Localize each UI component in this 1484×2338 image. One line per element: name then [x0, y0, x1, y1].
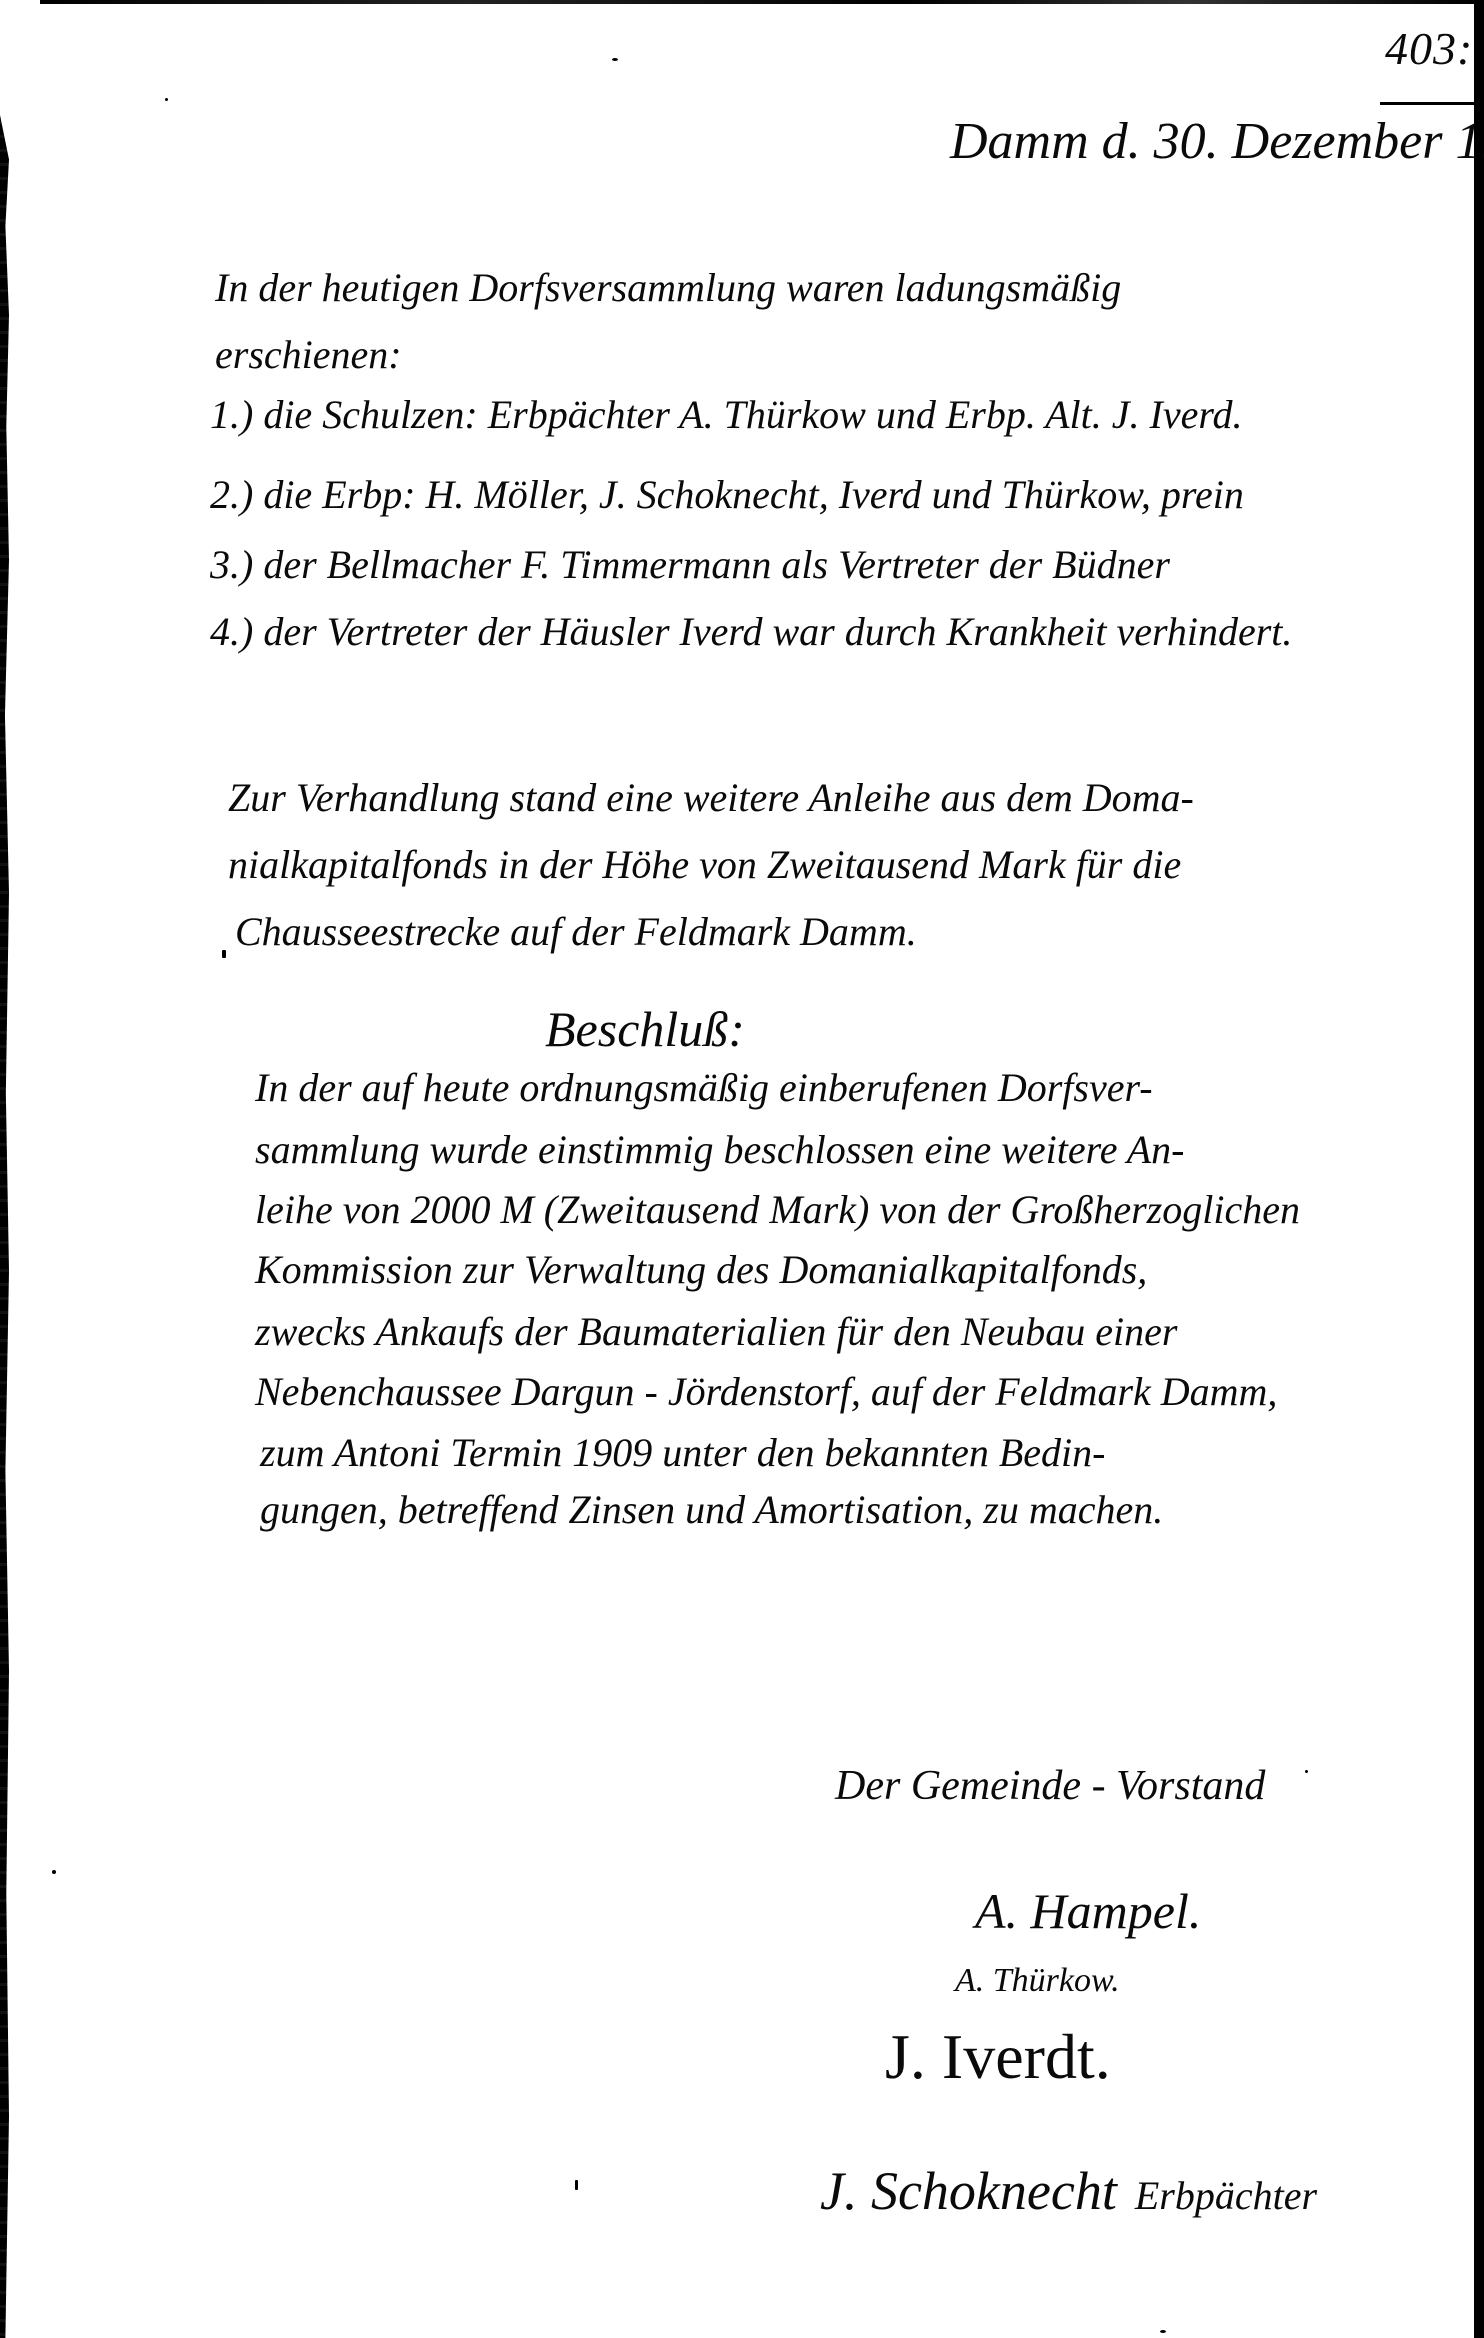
resolution-line: leihe von 2000 M (Zweitausend Mark) von …	[255, 1190, 1300, 1230]
resolution-line: In der auf heute ordnungsmäßig einberufe…	[255, 1068, 1153, 1108]
resolution-line: sammlung wurde einstimmig beschlossen ei…	[255, 1130, 1185, 1170]
attendance-intro-line: erschienen:	[215, 335, 402, 375]
signature-schoknecht-title: Erbpächter	[1135, 2173, 1317, 2218]
signature-schoknecht-name: J. Schoknecht	[820, 2161, 1117, 2221]
signature-hampel: A. Hampel.	[975, 1882, 1201, 1940]
dateline: Damm d. 30. Dezember 1908.	[950, 112, 1484, 171]
resolution-line: Kommission zur Verwaltung des Domanialka…	[255, 1250, 1147, 1290]
resolution-line: gungen, betreffend Zinsen und Amortisati…	[260, 1490, 1163, 1530]
scan-speck	[165, 98, 168, 101]
resolution-line: zwecks Ankaufs der Baumaterialien für de…	[255, 1312, 1177, 1352]
scan-speck	[612, 58, 618, 61]
attendance-item: 1.) die Schulzen: Erbpächter A. Thürkow …	[210, 395, 1242, 435]
document-page: 403: Damm d. 30. Dezember 1908. In der h…	[0, 0, 1484, 2338]
signature-thuerkow: A. Thürkow.	[955, 1962, 1120, 2000]
resolution-line: Nebenchaussee Dargun - Jördenstorf, auf …	[255, 1372, 1277, 1412]
agenda-line: Zur Verhandlung stand eine weitere Anlei…	[228, 778, 1194, 818]
resolution-heading: Beschluß:	[545, 1000, 745, 1058]
agenda-line: Chausseestrecke auf der Feldmark Damm.	[235, 912, 917, 952]
page-number: 403:	[1385, 22, 1473, 75]
scan-speck	[575, 2180, 578, 2190]
attendance-item: 3.) der Bellmacher F. Timmermann als Ver…	[210, 545, 1170, 585]
scan-speck	[1305, 1770, 1308, 1773]
scan-speck	[52, 1870, 56, 1874]
signature-title: Der Gemeinde - Vorstand	[835, 1762, 1265, 1810]
scan-edge-top	[40, 0, 1474, 4]
agenda-line: nialkapitalfonds in der Höhe von Zweitau…	[228, 845, 1181, 885]
scan-edge-left	[0, 115, 9, 2338]
signature-iverdt: J. Iverdt.	[885, 2020, 1111, 2094]
scan-edge-right	[1474, 0, 1484, 2338]
scan-speck	[222, 950, 226, 958]
signature-schoknecht: J. SchoknechtErbpächter	[820, 2160, 1317, 2222]
scan-speck	[1160, 2330, 1166, 2333]
attendance-item: 4.) der Vertreter der Häusler Iverd war …	[210, 612, 1292, 652]
page-number-underline	[1380, 102, 1475, 105]
resolution-line: zum Antoni Termin 1909 unter den bekannt…	[260, 1433, 1105, 1473]
attendance-item: 2.) die Erbp: H. Möller, J. Schoknecht, …	[210, 475, 1244, 515]
attendance-intro-line: In der heutigen Dorfsversammlung waren l…	[215, 268, 1121, 308]
